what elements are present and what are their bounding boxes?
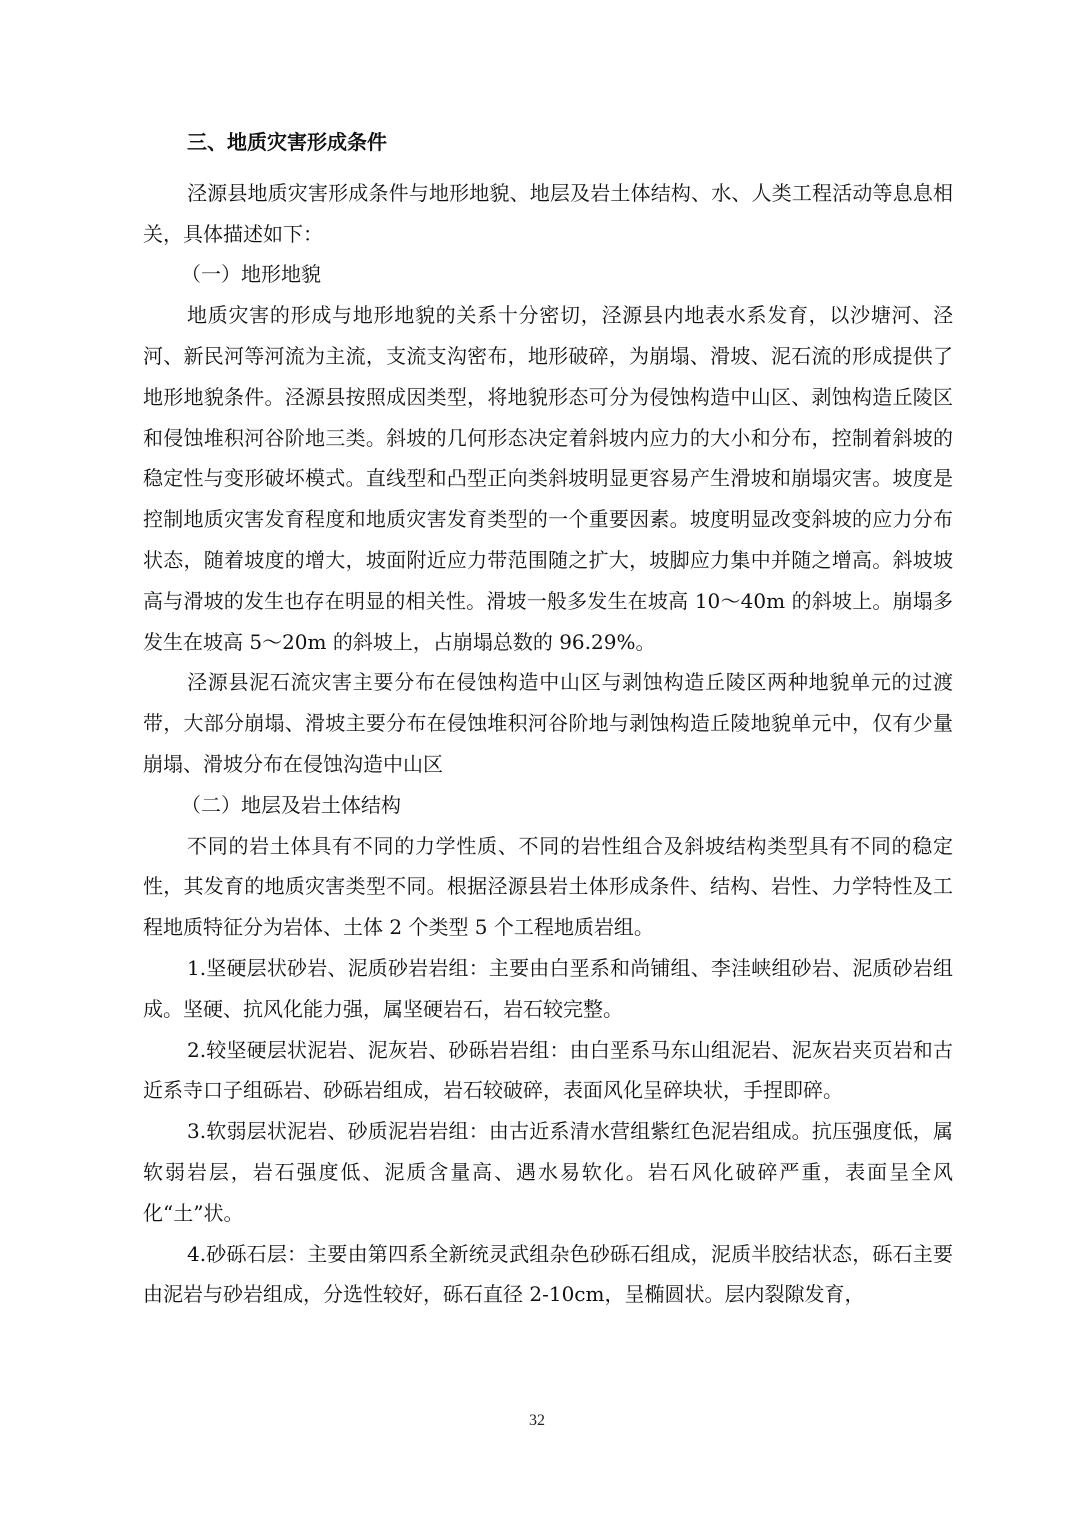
paragraph-rock-group-1: 1.坚硬层状砂岩、泥质砂岩岩组：主要由白垩系和尚铺组、李洼峡组砂岩、泥质砂岩组成… [143, 948, 953, 1030]
paragraph-rock-group-2: 2.较坚硬层状泥岩、泥灰岩、砂砾岩岩组：由白垩系马东山组泥岩、泥灰岩夹页岩和古近… [143, 1030, 953, 1112]
paragraph-strata-intro: 不同的岩土体具有不同的力学性质、不同的岩性组合及斜坡结构类型具有不同的稳定性，其… [143, 826, 953, 948]
subsection-title-terrain: （一）地形地貌 [143, 254, 953, 295]
document-page: 三、地质灾害形成条件 泾源县地质灾害形成条件与地形地貌、地层及岩土体结构、水、人… [143, 122, 953, 1315]
section-heading: 三、地质灾害形成条件 [143, 122, 953, 163]
page-number: 32 [0, 1412, 1074, 1430]
subsection-title-strata: （二）地层及岩土体结构 [143, 785, 953, 826]
paragraph-terrain-2: 泾源县泥石流灾害主要分布在侵蚀构造中山区与剥蚀构造丘陵区两种地貌单元的过渡带，大… [143, 662, 953, 784]
intro-paragraph: 泾源县地质灾害形成条件与地形地貌、地层及岩土体结构、水、人类工程活动等息息相关，… [143, 173, 953, 255]
paragraph-rock-group-3: 3.软弱层状泥岩、砂质泥岩岩组：由古近系清水营组紫红色泥岩组成。抗压强度低，属软… [143, 1111, 953, 1233]
paragraph-terrain-1: 地质灾害的形成与地形地貌的关系十分密切，泾源县内地表水系发育，以沙塘河、泾河、新… [143, 295, 953, 662]
paragraph-rock-group-4: 4.砂砾石层：主要由第四系全新统灵武组杂色砂砾石组成，泥质半胶结状态，砾石主要由… [143, 1234, 953, 1316]
